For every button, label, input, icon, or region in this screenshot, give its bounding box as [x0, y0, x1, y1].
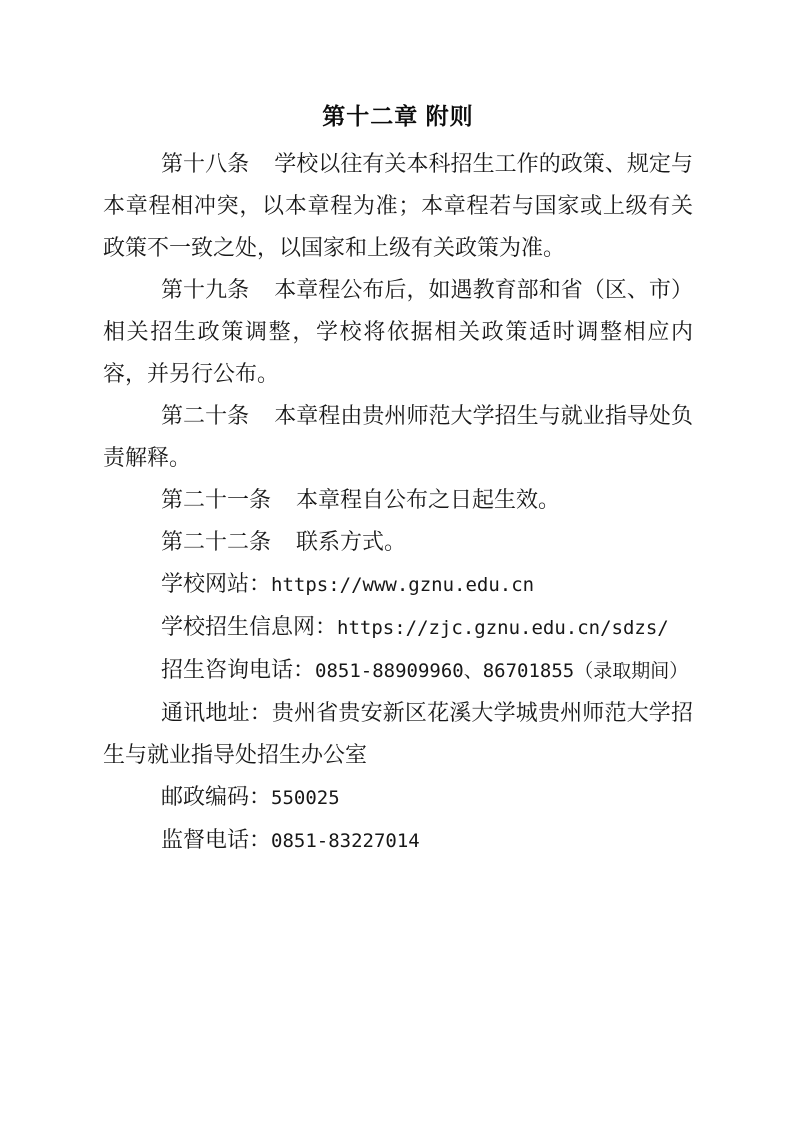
- contact-label: 学校网站：: [161, 571, 271, 596]
- article-number: 第十八条: [161, 151, 249, 176]
- document-body: 第十八条学校以往有关本科招生工作的政策、规定与本章程相冲突，以本章程为准；本章程…: [103, 143, 693, 862]
- article-paragraph: 第十八条学校以往有关本科招生工作的政策、规定与本章程相冲突，以本章程为准；本章程…: [103, 143, 693, 269]
- article-number: 第二十一条: [161, 487, 271, 512]
- contact-line-postcode: 邮政编码：550025: [103, 776, 693, 819]
- article-paragraph: 第二十一条本章程自公布之日起生效。: [103, 479, 693, 521]
- article-number: 第二十二条: [161, 529, 271, 554]
- contact-value-url: https://zjc.gznu.edu.cn/sdzs/: [337, 617, 669, 639]
- contact-line-supervision-phone: 监督电话：0851-83227014: [103, 819, 693, 862]
- article-paragraph: 第二十二条联系方式。: [103, 521, 693, 563]
- contact-line-website: 学校网站：https://www.gznu.edu.cn: [103, 563, 693, 606]
- article-text: 本章程自公布之日起生效。: [296, 487, 560, 512]
- contact-value-phone: 0851-88909960、86701855（录取期间）: [315, 660, 688, 682]
- article-paragraph: 第二十条本章程由贵州师范大学招生与就业指导处负责解释。: [103, 395, 693, 479]
- contact-line-address: 通讯地址：贵州省贵安新区花溪大学城贵州师范大学招生与就业指导处招生办公室: [103, 692, 693, 776]
- article-paragraph: 第十九条本章程公布后，如遇教育部和省（区、市）相关招生政策调整，学校将依据相关政…: [103, 269, 693, 395]
- contact-value-phone: 0851-83227014: [271, 830, 420, 852]
- article-number: 第二十条: [161, 403, 249, 428]
- contact-label: 监督电话：: [161, 827, 271, 852]
- contact-label: 通讯地址：: [161, 700, 272, 725]
- article-number: 第十九条: [161, 277, 249, 302]
- document-page: 第十二章 附则 第十八条学校以往有关本科招生工作的政策、规定与本章程相冲突，以本…: [0, 0, 792, 1122]
- contact-label: 学校招生信息网：: [161, 614, 337, 639]
- contact-line-admissions-site: 学校招生信息网：https://zjc.gznu.edu.cn/sdzs/: [103, 606, 693, 649]
- contact-label: 招生咨询电话：: [161, 657, 315, 682]
- contact-line-phone: 招生咨询电话：0851-88909960、86701855（录取期间）: [103, 649, 693, 692]
- contact-value-url: https://www.gznu.edu.cn: [271, 574, 534, 596]
- contact-label: 邮政编码：: [161, 784, 271, 809]
- article-text: 联系方式。: [296, 529, 406, 554]
- chapter-title: 第十二章 附则: [103, 95, 693, 137]
- contact-value-postcode: 550025: [271, 787, 340, 809]
